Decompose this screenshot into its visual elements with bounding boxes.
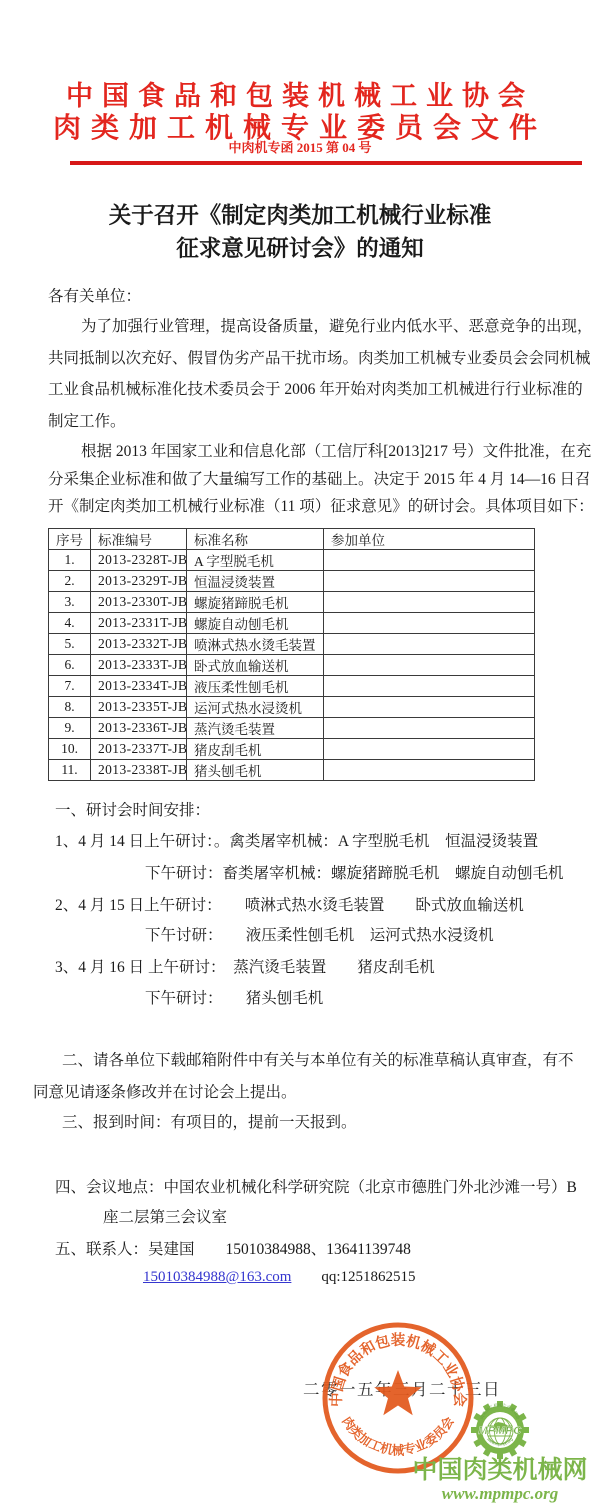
- code-cell: 2013-2331T-JB: [91, 613, 187, 634]
- seq-cell: 11.: [49, 760, 91, 781]
- name-cell: 蒸汽烫毛装置: [187, 718, 324, 739]
- salutation: 各有关单位：: [48, 284, 141, 306]
- schedule-line: 下午研讨： 猪头刨毛机: [145, 986, 323, 1008]
- table-row: 4.2013-2331T-JB螺旋自动刨毛机: [49, 613, 535, 634]
- document-page: 中国食品和包装机械工业协会 肉类加工机械专业委员会文件 中肉机专函 2015 第…: [0, 0, 600, 1509]
- contact-email-link[interactable]: 15010384988@163.com: [143, 1269, 291, 1285]
- seq-cell: 7.: [49, 676, 91, 697]
- section-3: 三、报到时间：有项目的，提前一天报到。: [62, 1110, 357, 1132]
- table-row: 3.2013-2330T-JB螺旋猪蹄脱毛机: [49, 592, 535, 613]
- table-row: 9.2013-2336T-JB蒸汽烫毛装置: [49, 718, 535, 739]
- code-cell: 2013-2336T-JB: [91, 718, 187, 739]
- code-cell: 2013-2329T-JB: [91, 571, 187, 592]
- body-paragraph-2: 根据 2013 年国家工业和信息化部（工信厅科[2013]217 号）文件批准，…: [48, 438, 560, 521]
- paragraph-line: 分采集企业标准和做了大量编写工作的基础上。决定于 2015 年 4 月 14—1…: [48, 466, 560, 494]
- code-cell: 2013-2333T-JB: [91, 655, 187, 676]
- table-row: 5.2013-2332T-JB喷淋式热水烫毛装置: [49, 634, 535, 655]
- paragraph-line: 根据 2013 年国家工业和信息化部（工信厅科[2013]217 号）文件批准，…: [48, 438, 560, 466]
- qq-number: qq:1251862515: [321, 1269, 415, 1285]
- unit-cell: [324, 634, 535, 655]
- col-header-name: 标准名称: [187, 529, 324, 550]
- site-name: 中国肉类机械网: [411, 1458, 589, 1484]
- unit-cell: [324, 739, 535, 760]
- col-header-seq: 序号: [49, 529, 91, 550]
- table-row: 11.2013-2338T-JB猪头刨毛机: [49, 760, 535, 781]
- name-cell: 猪头刨毛机: [187, 760, 324, 781]
- code-cell: 2013-2337T-JB: [91, 739, 187, 760]
- unit-cell: [324, 697, 535, 718]
- seq-cell: 1.: [49, 550, 91, 571]
- seq-cell: 10.: [49, 739, 91, 760]
- unit-cell: [324, 571, 535, 592]
- logo-acronym: MPMPC: [478, 1425, 522, 1437]
- gear-icon: 肉类加工机械专业委员会 www.mpmpc.org MPMPC: [470, 1400, 530, 1460]
- schedule-line: 下午研讨：畜类屠宰机械：螺旋猪蹄脱毛机 螺旋自动刨毛机: [145, 861, 564, 883]
- schedule-line: 下午讨研： 液压柔性刨毛机 运河式热水浸烫机: [145, 923, 494, 945]
- name-cell: 螺旋猪蹄脱毛机: [187, 592, 324, 613]
- unit-cell: [324, 676, 535, 697]
- paragraph-line: 开《制定肉类加工机械行业标准（11 项）征求意见》的研讨会。具体项目如下：: [48, 493, 560, 521]
- name-cell: 喷淋式热水烫毛装置: [187, 634, 324, 655]
- unit-cell: [324, 718, 535, 739]
- unit-cell: [324, 613, 535, 634]
- unit-cell: [324, 655, 535, 676]
- notice-title: 关于召开《制定肉类加工机械行业标准 征求意见研讨会》的通知: [0, 199, 600, 265]
- body-paragraph-1: 为了加强行业管理，提高设备质量，避免行业内低水平、恶意竞争的出现， 共同抵制以次…: [48, 311, 560, 437]
- code-cell: 2013-2338T-JB: [91, 760, 187, 781]
- paragraph-line: 为了加强行业管理，提高设备质量，避免行业内低水平、恶意竞争的出现，: [48, 311, 560, 343]
- seq-cell: 2.: [49, 571, 91, 592]
- name-cell: 猪皮刮毛机: [187, 739, 324, 760]
- section-5-contact-person: 五、联系人：吴建国 15010384988、13641139748: [55, 1237, 411, 1259]
- col-header-code: 标准编号: [91, 529, 187, 550]
- schedule-heading: 一、研讨会时间安排：: [55, 798, 210, 820]
- code-cell: 2013-2335T-JB: [91, 697, 187, 718]
- name-cell: 运河式热水浸烫机: [187, 697, 324, 718]
- letterhead-rule: [70, 161, 582, 165]
- section-4-line-2: 座二层第三会议室: [103, 1205, 227, 1227]
- table-row: 2.2013-2329T-JB恒温浸烫装置: [49, 571, 535, 592]
- site-logo: 肉类加工机械专业委员会 www.mpmpc.org MPMPC 中国肉类机械网 …: [411, 1400, 589, 1503]
- notice-title-line-1: 关于召开《制定肉类加工机械行业标准: [0, 199, 600, 232]
- unit-cell: [324, 592, 535, 613]
- seq-cell: 3.: [49, 592, 91, 613]
- standards-table: 序号 标准编号 标准名称 参加单位 1.2013-2328T-JBA 字型脱毛机…: [48, 528, 535, 781]
- seq-cell: 6.: [49, 655, 91, 676]
- table-header-row: 序号 标准编号 标准名称 参加单位: [49, 529, 535, 550]
- name-cell: A 字型脱毛机: [187, 550, 324, 571]
- name-cell: 液压柔性刨毛机: [187, 676, 324, 697]
- schedule-line: 2、4 月 15 日上午研讨： 喷淋式热水烫毛装置 卧式放血输送机: [55, 893, 524, 915]
- document-number: 中肉机专函 2015 第 04 号: [0, 137, 600, 156]
- paragraph-line: 共同抵制以次充好、假冒伪劣产品干扰市场。肉类加工机械专业委员会会同机械: [48, 343, 560, 375]
- table-row: 8.2013-2335T-JB运河式热水浸烫机: [49, 697, 535, 718]
- section-2-line-1: 二、请各单位下载邮箱附件中有关与本单位有关的标准草稿认真审查，有不: [62, 1048, 574, 1070]
- table-row: 10.2013-2337T-JB猪皮刮毛机: [49, 739, 535, 760]
- col-header-unit: 参加单位: [324, 529, 535, 550]
- unit-cell: [324, 550, 535, 571]
- schedule-line: 1、4 月 14 日上午研讨：。禽类屠宰机械：A 字型脱毛机 恒温浸烫装置: [55, 829, 538, 851]
- seq-cell: 5.: [49, 634, 91, 655]
- code-cell: 2013-2334T-JB: [91, 676, 187, 697]
- name-cell: 卧式放血输送机: [187, 655, 324, 676]
- seq-cell: 8.: [49, 697, 91, 718]
- notice-title-line-2: 征求意见研讨会》的通知: [0, 232, 600, 265]
- seq-cell: 9.: [49, 718, 91, 739]
- paragraph-line: 制定工作。: [48, 406, 560, 438]
- code-cell: 2013-2332T-JB: [91, 634, 187, 655]
- contact-line: 15010384988@163.comqq:1251862515: [143, 1269, 416, 1286]
- section-2-line-2: 同意见请逐条修改并在讨论会上提出。: [33, 1080, 297, 1102]
- name-cell: 恒温浸烫装置: [187, 571, 324, 592]
- section-4-line-1: 四、会议地点：中国农业机械化科学研究院（北京市德胜门外北沙滩一号）B: [55, 1175, 577, 1197]
- code-cell: 2013-2330T-JB: [91, 592, 187, 613]
- table-row: 1.2013-2328T-JBA 字型脱毛机: [49, 550, 535, 571]
- table-row: 6.2013-2333T-JB卧式放血输送机: [49, 655, 535, 676]
- seq-cell: 4.: [49, 613, 91, 634]
- unit-cell: [324, 760, 535, 781]
- schedule-line: 3、4 月 16 日 上午研讨： 蒸汽烫毛装置 猪皮刮毛机: [55, 955, 435, 977]
- site-url: www.mpmpc.org: [411, 1484, 589, 1503]
- paragraph-line: 工业食品机械标准化技术委员会于 2006 年开始对肉类加工机械进行行业标准的: [48, 374, 560, 406]
- name-cell: 螺旋自动刨毛机: [187, 613, 324, 634]
- code-cell: 2013-2328T-JB: [91, 550, 187, 571]
- table-row: 7.2013-2334T-JB液压柔性刨毛机: [49, 676, 535, 697]
